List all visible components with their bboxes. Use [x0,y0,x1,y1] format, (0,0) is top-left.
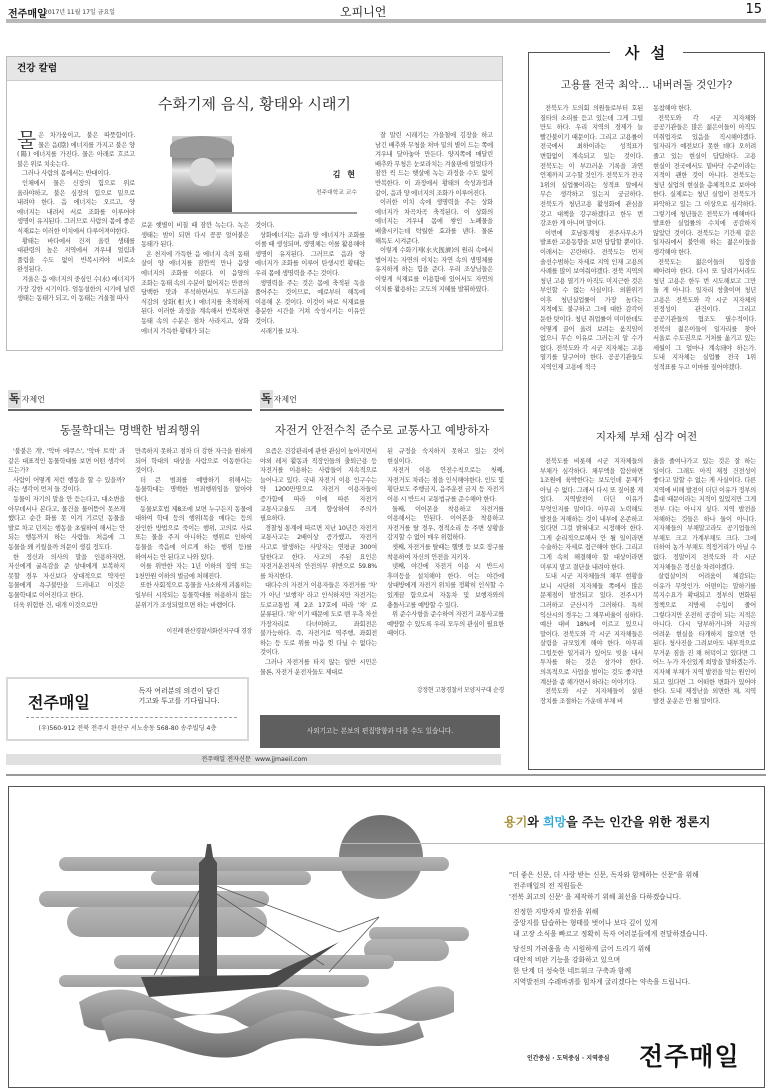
ship-illustration [9,787,484,1087]
paper-name: 전주매일 [8,5,47,20]
house-advertisement: 용기와 희망을 주는 인간을 위한 정론지 "더 좋은 신문, 더 사랑 받는 … [8,786,765,1088]
divider [341,843,764,844]
paper-logo: 전주매일 [28,690,90,713]
editorial-label: 사 설 [529,42,764,63]
page-number: 15 [745,2,762,17]
editorial-1-column-2: 동참해야 한다. 전북도와 각 시군 지자체와 공공기관들은 많은 젊은이들이 … [653,104,756,422]
e-paper-bar: 전주매일 전자신문 www.jjmaeil.com [6,754,501,765]
editorial-2-column-1: 전북도를 비롯해 시군 지자체들의 부채가 심각하다. 채무액을 합산하면 1조… [540,457,643,762]
section-kicker: 독자제언 [260,390,297,408]
article-column-1: 요즘은 건강관리에 관한 관심이 높아지면서 야외 레저 활동과 직장인들의 출… [260,447,377,697]
section-kicker: 독자제언 [8,390,45,408]
header-rule [6,19,766,23]
brand-logo: 전주매일 [639,1037,740,1073]
article-title: 자전거 안전수칙 준수로 교통사고 예방하자 [260,422,504,438]
article-column-1: '불붙은 개', '악마 에쿠스', '악마 트럭' 과 같은 대표적인 동물학… [8,447,125,637]
section-title: 오피니언 [340,3,386,20]
ad-paragraph-2: 진정한 지방자치 발전을 위해 중앙지를 답습하는 형태를 벗어나 보다 깊이 … [509,907,759,940]
submission-invite-box: 전주매일 독자 여러분의 의견이 담긴 기고와 투고를 기다립니다. (우)56… [6,677,249,741]
editorial-title-2: 지자체 부채 심각 여전 [529,429,764,444]
editorial-title-1: 고용률 전국 최악… 내버려둘 것인가? [529,77,764,92]
reader-letter-bicycle-safety: 독자제언 자전거 안전수칙 준수로 교통사고 예방하자 요즘은 건강관리에 관한… [260,390,504,700]
author-photo [172,136,232,212]
ad-body-copy: "더 좋은 신문, 더 사랑 받는 신문, 독자와 함께하는 신문"을 위해 전… [509,870,759,992]
article-column-2: 로운 햇볕이 비칠 때 잠깐 녹는다. 녹은 생태는 밤이 되면 다시 꽁꽁 얼… [141,221,249,345]
article-column-4: 잘 말린 시래기는 가을철에 김장을 하고 남긴 배추와 무청을 처마 밑의 볕… [375,131,493,345]
ad-paragraph-3: 당신의 가려움을 속 시원하게 긁어 드리기 위해 대안적 비판 기능을 강화하… [509,944,759,988]
column-label: 건강 칼럼 [7,57,502,81]
author-signature: 이진례 완산경찰서화산지구대 경장 [135,626,252,635]
article-title: 수화기제 음식, 황태와 시래기 [7,93,502,114]
divider [173,212,357,214]
ad-slogan: 용기와 희망을 주는 인간을 위한 정론지 [504,813,710,830]
ad-paragraph-1: "더 좋은 신문, 더 사랑 받는 신문, 독자와 함께하는 신문"을 위해 전… [509,870,759,903]
editorial-1-column-1: 전북도가 도의회 의원들로부터 호된 질타의 소리를 듣고 있는데 그게 그럴 … [540,104,643,422]
issue-date: 2017년 11월 17일 금요일 [44,7,115,16]
postal-address: (우)560-912 전북 전주시 완산구 서노송동 568-80 송주빌딩 4… [8,723,247,732]
article-column-2: 만족하지 못하고 점차 더 강한 자극을 원하게 되어 학대의 대상을 사람으로… [135,447,252,627]
article-column-2: 된 규정을 숙지하지 못하고 있는 것이 현실이다. 자전거 이용 안전수칙으로… [387,447,504,683]
editorial-2-column-2: 율을 줄여나가고 있는 것은 잘 하는 일이다. 그래도 아직 재정 건전성이 … [653,457,756,762]
e-paper-label: 전주매일 전자신문 [201,754,251,765]
dropcap: 물 [17,131,36,150]
article-column-3: 것이다. 상화에너지는 음과 양 에너지가 조화를 이룰 때 생성되며, 생명체… [255,221,365,345]
ad-tagline: 인간중심 · 도덕중심 · 지역중심 [527,1053,609,1062]
disclaimer-bar: 사외기고는 본보의 편집방향과 다를 수도 있습니다. [260,715,500,748]
reader-letter-animal-abuse: 독자제언 동물학대는 명백한 범죄행위 '불붙은 개', '악마 에쿠스', '… [8,390,252,630]
health-column: 건강 칼럼 수화기제 음식, 황태와 시래기 김 현 전주대학교 교수 물은 차… [6,56,503,351]
editorial-box: 사 설 고용률 전국 최악… 내버려둘 것인가? 전북도가 도의회 의원들로부터… [528,52,765,770]
website-link[interactable]: www.jjmaeil.com [255,754,307,765]
divider [6,774,766,776]
page-masthead: 전주매일 2017년 11월 17일 금요일 오피니언 15 [6,0,766,26]
author-name: 김 현 [277,169,357,180]
author-affiliation: 전주대학교 교수 [277,187,357,196]
author-signature: 강정현 고창경찰서 모양지구대 순경 [387,685,504,694]
article-column-1: 물은 차가움이고, 불은 따뜻함이다. 물은 음(陰) 에너지를 가지고 불은 … [17,131,135,345]
invite-message: 독자 여러분의 의견이 담긴 기고와 투고를 기다립니다. [124,686,234,706]
article-title: 동물학대는 명백한 범죄행위 [8,422,252,438]
